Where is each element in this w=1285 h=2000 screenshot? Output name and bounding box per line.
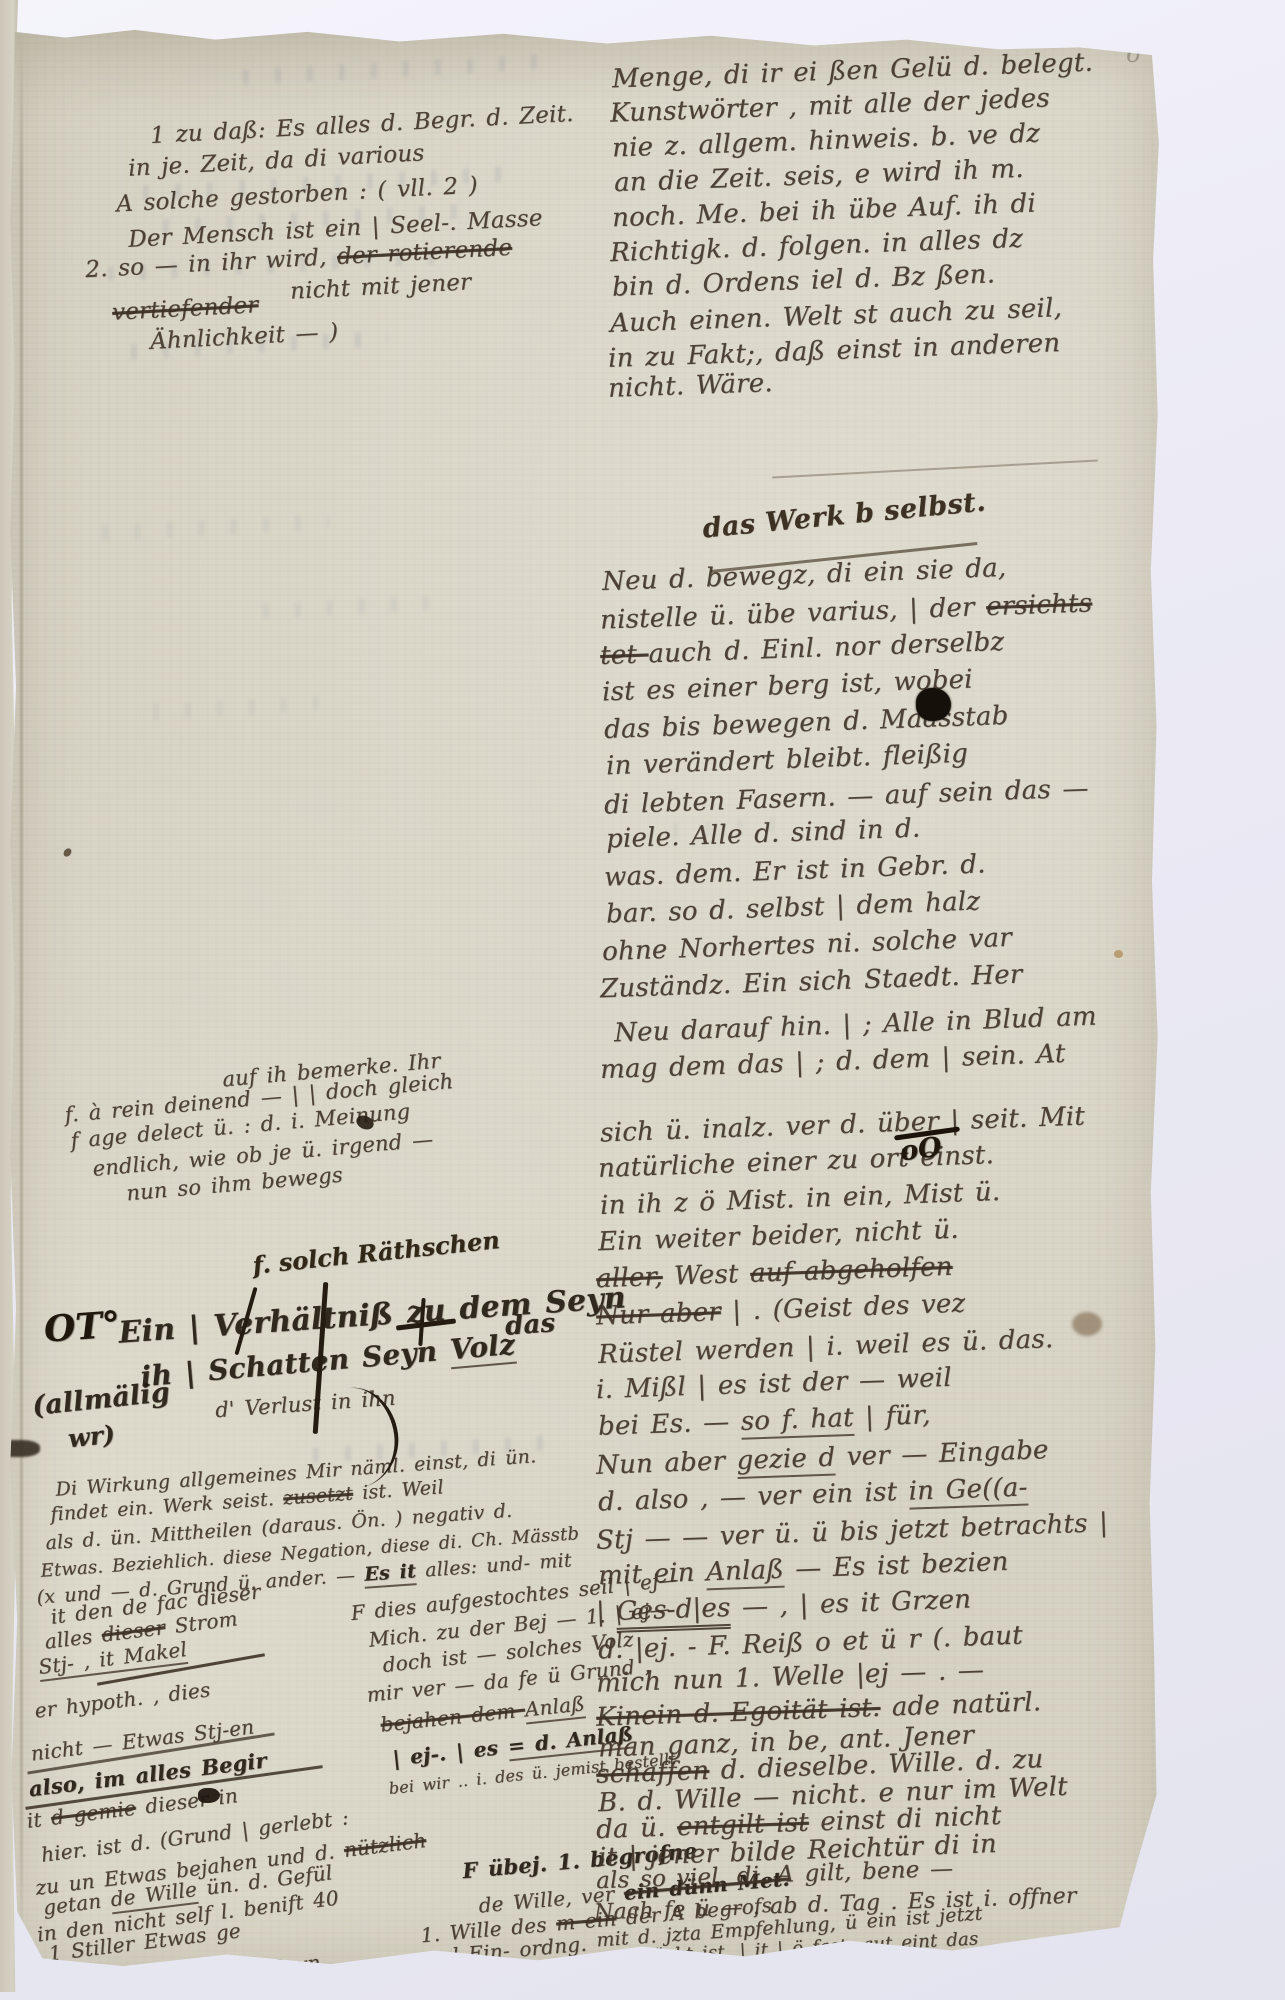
handwriting-line: in verändert bleibt. fleißig [606,739,969,782]
handwriting-line: wr) [67,1420,117,1454]
handwriting-line: di lebten Fasern. — auf sein das — [604,774,1089,821]
bleedthrough-ghost-text [140,695,341,720]
handwriting-line: vertiefender [111,292,259,326]
handwriting-line: Zuständz. Ein sich Staedt. Her [600,960,1023,1005]
ink-blot [916,688,951,721]
bleedthrough-ghost-text [230,53,560,85]
brown-stain [1072,1312,1102,1336]
left-subheading: f. solch Räthschen [251,1225,501,1280]
scan-background: 6 1 zu daß: Es alles d. Begr. d. Zeit.in… [0,0,1285,2000]
handwriting-line: ohne Norhertes ni. solche var [602,923,1013,967]
page-number: 6 [1126,40,1141,68]
brown-stain [1114,950,1123,958]
section-heading: das Werk b selbst. [701,486,987,544]
margin-sigil-mark: OT° [43,1303,122,1350]
handwriting-line: d. also , — ver ein ist in Ge((a- [598,1473,1028,1518]
handwriting-line: Ein weiter beider, nicht ü. [598,1215,960,1258]
paper-speck [62,847,73,858]
handwriting-line: piele. Alle d. sind in d. [606,814,921,855]
fold-crease [20,30,23,1962]
manuscript-page: 6 1 zu daß: Es alles d. Begr. d. Zeit.in… [8,26,1160,1970]
handwriting-line: Seyn . [269,1948,338,1980]
handwriting-line: 1 zu daß: Es alles d. Begr. d. Zeit. [150,101,575,149]
handwriting-line: Rüstel werden | i. weil es ü. das. [598,1324,1054,1370]
bleedthrough-ghost-text [90,514,330,542]
bleedthrough-ghost-text [250,595,431,619]
handwriting-line: tet auch d. Einl. nor derselbz [600,627,1005,671]
handwriting-line: bar. so d. selbst | dem halz [606,886,981,929]
handwriting-line: er hypoth. , dies [33,1677,211,1722]
section-divider [772,459,1098,478]
handwriting-line: (allmälig [31,1377,172,1422]
handwriting-line: nicht. Wäre. [608,368,774,404]
handwriting-line: nicht mit jener [289,269,471,304]
handwriting-line: Stj — — ver ü. ü bis jetzt betrachts | [596,1508,1109,1556]
handwriting-line: Nur aber | . (Geist des vez [596,1289,966,1332]
handwriting-line: aller, West auf abgeholfen [596,1252,953,1294]
handwriting-line: was. dem. Er ist in Gebr. d. [604,849,986,892]
handwriting-line: bei Es. — so f. hat | für, [598,1400,931,1442]
handwriting-line: sich ü. inalz. ver d. über | seit. Mit [600,1102,1086,1149]
handwriting-line: i. Mißl | es ist der — weil [596,1363,953,1405]
handwriting-line: nistelle ü. übe varius, | der ersichts [600,588,1093,635]
handwriting-line: Neu d. bewegz, di ein sie da, [602,553,1007,597]
